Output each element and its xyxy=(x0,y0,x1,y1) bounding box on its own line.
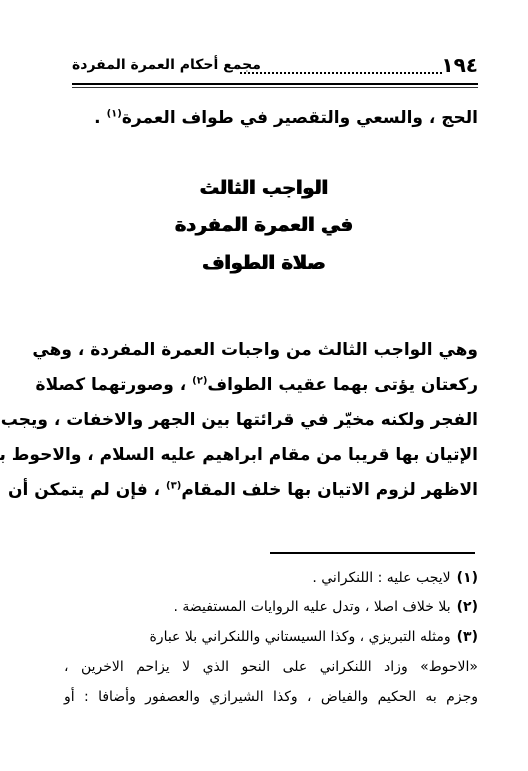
body-line-5-text-before: الاظهر لزوم الاتيان بها خلف المقام xyxy=(181,480,478,500)
heading-line-2: في العمرة المفردة xyxy=(0,210,528,240)
footnote-1: (١)لايجب عليه : اللنكراني . xyxy=(64,564,478,592)
footnote-ref-1[interactable]: (١) xyxy=(107,108,122,119)
footnote-number: (٣) xyxy=(457,629,478,645)
footnote-3: (٣)ومثله التبريزي ، وكذا السيستاني واللن… xyxy=(64,623,478,651)
footnote-number: (٢) xyxy=(457,599,478,615)
continuation-line: الحج ، والسعي والتقصير في طواف العمرة(١)… xyxy=(72,103,478,133)
footnote-number: (١) xyxy=(457,570,478,586)
header-rule-thin xyxy=(72,87,478,88)
footnote-3-continued-2: وجزم به الحكيم والفياض ، وكذا الشيرازي و… xyxy=(64,683,478,711)
heading-line-1: الواجب الثالث xyxy=(0,173,528,203)
body-line-4: الإتيان بها قريبا من مقام ابراهيم عليه ا… xyxy=(72,440,478,470)
footnote-text: ومثله التبريزي ، وكذا السيستاني واللنكرا… xyxy=(149,629,450,645)
continuation-end: . xyxy=(94,108,106,128)
footnote-separator xyxy=(270,552,475,554)
header-dot-leader xyxy=(240,60,442,74)
footnote-ref-3[interactable]: (٣) xyxy=(166,480,181,491)
footnote-ref-2[interactable]: (٢) xyxy=(192,375,207,386)
header-rule-thick xyxy=(72,83,478,85)
body-line-5: الاظهر لزوم الاتيان بها خلف المقام(٣) ، … xyxy=(72,475,478,505)
heading-line-3: صلاة الطواف xyxy=(0,248,528,278)
book-page: ١٩٤ مجمع أحكام العمرة المفردة الحج ، وال… xyxy=(0,0,528,771)
footnote-text: لايجب عليه : اللنكراني . xyxy=(312,570,450,586)
page-number: ١٩٤ xyxy=(441,52,478,78)
footnote-2: (٢)بلا خلاف اصلا ، وتدل عليه الروايات ال… xyxy=(64,593,478,621)
body-line-2-text-before: ركعتان يؤتى بهما عقيب الطواف xyxy=(207,375,478,395)
body-line-2: ركعتان يؤتى بهما عقيب الطواف(٢) ، وصورته… xyxy=(72,370,478,400)
body-line-2-text-after: ، وصورتهما كصلاة xyxy=(36,375,193,395)
continuation-text: الحج ، والسعي والتقصير في طواف العمرة xyxy=(122,108,478,128)
running-title: مجمع أحكام العمرة المفردة xyxy=(72,52,261,78)
footnote-text: بلا خلاف اصلا ، وتدل عليه الروايات المست… xyxy=(173,599,450,615)
body-line-1: وهي الواجب الثالث من واجبات العمرة المفر… xyxy=(72,335,478,365)
body-line-3: الفجر ولكنه مخيّر في قرائتها بين الجهر و… xyxy=(72,405,478,435)
footnote-3-continued-1: «الاحوط» وزاد اللنكراني على النحو الذي ل… xyxy=(64,653,478,681)
body-line-5-text-after: ، فإن لم يتمكن أن xyxy=(8,480,166,500)
